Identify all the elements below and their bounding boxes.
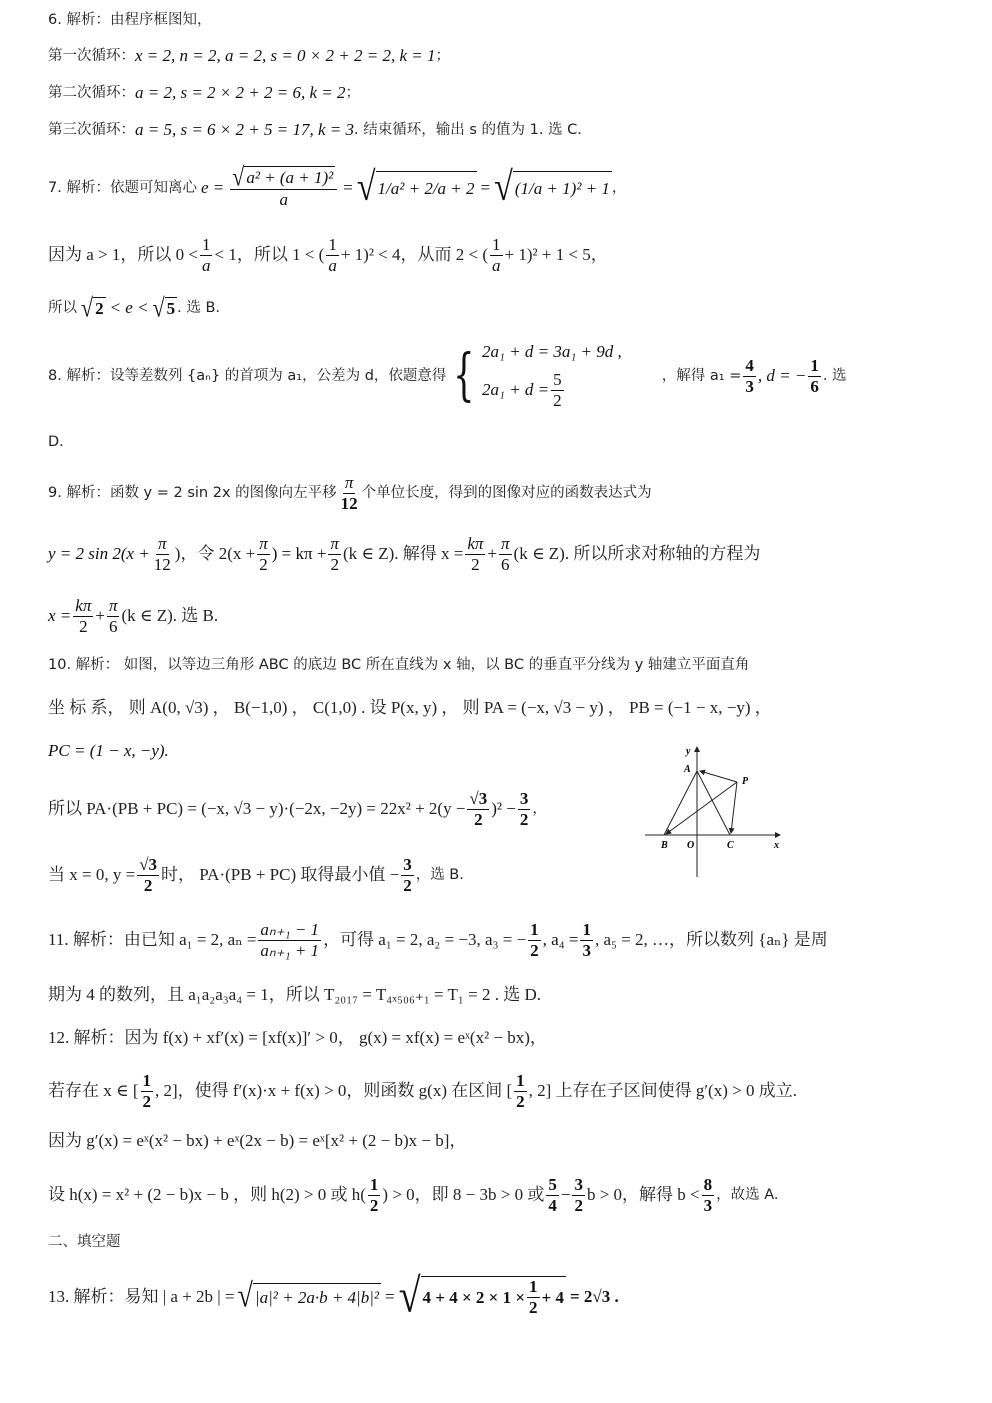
q11-line1-b: ，可得 a₁ = 2, a₂ = −3, a₃ = − — [323, 930, 526, 950]
q12-frac-3-2: 32 — [572, 1175, 585, 1215]
q7-eq1: = — [343, 178, 353, 198]
q10-line3: PC = (1 − x, −y). — [48, 741, 169, 761]
q7-sqrt3: √(1/a + 1)² + 1 — [494, 171, 612, 205]
q9-line3-c: (k ∈ Z). 选 B. — [121, 606, 218, 626]
q8-eq2-frac: 52 — [551, 370, 564, 410]
q9-frac-kpi-2: kπ2 — [465, 534, 485, 574]
q12-line3-text: 因为 g′(x) = eˣ(x² − bx) + eˣ(2x − b) = eˣ… — [48, 1131, 466, 1151]
label-c: C — [727, 840, 734, 851]
label-y: y — [685, 746, 691, 757]
q9-line2: y = 2 sin 2(x + π12 )，令 2(x + π2 ) = kπ … — [48, 530, 760, 578]
q10-frac-sqrt3-2: √32 — [467, 789, 489, 829]
q13-result: = 2√3 . — [570, 1287, 619, 1307]
q10-line4-b: )² − — [491, 799, 516, 819]
q9-shift-frac: π12 — [339, 473, 360, 513]
q12-line4-c: − — [561, 1185, 571, 1205]
vector-pa — [700, 771, 737, 782]
q10-l5-frac-sqrt3-2: √32 — [137, 855, 159, 895]
q7-line2: 因为 a > 1，所以 0 < 1a < 1，所以 1 < ( 1a + 1)²… — [48, 230, 608, 280]
section2-title: 二、填空题 — [48, 1232, 121, 1252]
q7-line3: 所以 √2 < e < √5 . 选 B. — [48, 297, 220, 319]
q11-a4-frac: 13 — [580, 920, 593, 960]
q10-line4: 所以 PA·(PB + PC) = (−x, √3 − y)·(−2x, −2y… — [48, 786, 547, 832]
q6-loop2-label: 第二次循环： — [48, 83, 135, 103]
q13-eq: = — [385, 1287, 395, 1307]
segment-ab — [664, 771, 697, 835]
q12-line2-a: 若存在 x ∈ [ — [48, 1081, 139, 1101]
q8-solve: ，解得 a₁ = — [662, 366, 742, 386]
q7-line1: 7. 解析：依题可知离心 e = √a² + (a + 1)² a = √1/a… — [48, 160, 626, 216]
q12-line4-e: ，故选 A. — [716, 1185, 778, 1205]
q10-line1-text: 10. 解析： 如图，以等边三角形 ABC 的底边 BC 所在直线为 x 轴，以… — [48, 655, 749, 675]
q6-intro: 6. 解析：由程序框图知， — [48, 10, 211, 30]
q9-l3-frac-kpi-2: kπ2 — [73, 596, 93, 636]
q7-eq2: = — [481, 178, 491, 198]
q8-end: . 选 — [823, 366, 847, 386]
q10-line3-text: PC = (1 − x, −y). — [48, 741, 169, 761]
q6-loop1-end: ； — [435, 46, 450, 66]
label-a: A — [683, 764, 691, 775]
q8-system: 2a₁ + d = 3a₁ + 9d , 2a₁ + d = 52 — [482, 342, 622, 410]
q6-loop3-end: . 结束循环，输出 s 的值为 1. 选 C. — [354, 120, 582, 140]
q9-line2-a: y = 2 sin 2(x + — [48, 544, 150, 564]
q7-e-eq: e = — [201, 178, 224, 198]
q8-line1: 8. 解析：设等差数列 {aₙ} 的首项为 a₁，公差为 d，依题意得 { 2a… — [48, 337, 847, 415]
q9-l3-frac-pi-6: π6 — [107, 596, 120, 636]
q9-line3-b: + — [95, 606, 105, 626]
section-heading: 二、填空题 — [48, 1232, 121, 1252]
q6-loop3: 第三次循环： a = 5, s = 6 × 2 + 5 = 17, k = 3 … — [48, 120, 582, 140]
q10-l5-frac-3-2: 32 — [401, 855, 414, 895]
q12-line4: 设 h(x) = x² + (2 − b)x − b ，则 h(2) > 0 或… — [48, 1172, 779, 1218]
q10-line5-end: ，选 B. — [416, 865, 464, 885]
q8-answer: D. — [48, 432, 64, 452]
q9-frac-pi-6: π6 — [499, 534, 512, 574]
q8-eq1: 2a₁ + d = 3a₁ + 9d , — [482, 342, 622, 362]
q13-sqrt2: √4 + 4 × 2 × 1 ×12+ 4 — [399, 1276, 566, 1317]
q13-frac-half: 12 — [527, 1277, 540, 1317]
q7-frac-1a: 1a — [200, 235, 213, 275]
q9-line3: x = kπ2 + π6 (k ∈ Z). 选 B. — [48, 592, 218, 640]
q7-end: ， — [612, 178, 627, 198]
q7-line2-d: + 1)² + 1 < 5， — [505, 245, 608, 265]
label-o: O — [687, 840, 694, 851]
left-brace: { — [454, 348, 475, 404]
q9-line2-f: (k ∈ Z). 所以所求对称轴的方程为 — [514, 544, 761, 564]
q11-line1-d: , a₅ = 2, …，所以数列 {aₙ} 是周 — [595, 930, 828, 950]
q10-frac-3-2: 32 — [518, 789, 531, 829]
q10-line1: 10. 解析： 如图，以等边三角形 ABC 的底边 BC 所在直线为 x 轴，以… — [48, 655, 749, 675]
q12-frac-half-1: 12 — [141, 1071, 154, 1111]
q13-sqrt2-a: 4 + 4 × 2 × 1 × — [423, 1288, 526, 1308]
q10-line2: 坐 标 系， 则 A(0, √3) ， B(−1,0) ， C(1,0) . 设… — [48, 698, 772, 718]
q12-line1: 12. 解析：因为 f(x) + xf′(x) = [xf(x)]′ > 0， … — [48, 1028, 547, 1048]
q10-line5: 当 x = 0, y = √32 时， PA·(PB + PC) 取得最小值 −… — [48, 852, 464, 898]
vector-pc — [731, 782, 737, 833]
q6-loop2-math: a = 2, s = 2 × 2 + 2 = 6, k = 2 — [135, 83, 346, 103]
q9-line2-e: + — [487, 544, 497, 564]
q12-h-half-frac: 12 — [368, 1175, 381, 1215]
q8-eq2-lhs: 2a₁ + d = — [482, 380, 549, 400]
triangle-figure: y A P B O C x — [640, 742, 790, 882]
q12-line1-text: 12. 解析：因为 f(x) + xf′(x) = [xf(x)]′ > 0， … — [48, 1028, 547, 1048]
q8-intro: 8. 解析：设等差数列 {aₙ} 的首项为 a₁，公差为 d，依题意得 — [48, 366, 446, 386]
q11-line1-c: , a₄ = — [543, 930, 579, 950]
label-b: B — [660, 840, 668, 851]
q7-sqrt2: √1/a² + 2/a + 2 — [357, 171, 477, 205]
q7-frac-1a-3: 1a — [490, 235, 503, 275]
q7-line2-a: 因为 a > 1，所以 0 < — [48, 245, 198, 265]
q7-sqrt-2: √2 — [81, 297, 106, 319]
q11-a3-frac: 12 — [528, 920, 541, 960]
q12-frac-8-3: 83 — [702, 1175, 715, 1215]
q7-line2-c: + 1)² < 4，从而 2 < ( — [341, 245, 488, 265]
vector-pb — [666, 782, 737, 834]
q6-loop1: 第一次循环： x = 2, n = 2, a = 2, s = 0 × 2 + … — [48, 46, 450, 66]
q9-frac-pi-12: π12 — [152, 534, 173, 574]
q13-line1: 13. 解析：易知 | a + 2b | = √|a|² + 2a·b + 4|… — [48, 1272, 619, 1322]
q8-a1-frac: 43 — [743, 356, 756, 396]
q7-frac1-num: a² + (a + 1)² — [244, 166, 335, 188]
q9-frac-pi-2b: π2 — [328, 534, 341, 574]
q9-line1: 9. 解析：函数 y = 2 sin 2x 的图像向左平移 π12 个单位长度，… — [48, 470, 652, 516]
q7-line3-end: . 选 B. — [177, 298, 220, 318]
q6-loop2-end: ； — [346, 83, 361, 103]
q9-intro: 9. 解析：函数 y = 2 sin 2x 的图像向左平移 — [48, 483, 337, 503]
q10-line5-a: 当 x = 0, y = — [48, 865, 135, 885]
q10-line2-text: 坐 标 系， 则 A(0, √3) ， B(−1,0) ， C(1,0) . 设… — [48, 698, 772, 718]
q7-frac1-den: a — [278, 190, 291, 210]
q9-line3-a: x = — [48, 606, 71, 626]
q12-frac-half-2: 12 — [514, 1071, 527, 1111]
q11-line2: 期为 4 的数列，且 a₁a₂a₃a₄ = 1，所以 T₂₀₁₇ = T₄ₓ₅₀… — [48, 985, 541, 1005]
q11-line1: 11. 解析：由已知 a₁ = 2, aₙ = aₙ₊₁ − 1aₙ₊₁ + 1… — [48, 915, 828, 965]
q7-intro: 7. 解析：依题可知离心 — [48, 178, 197, 198]
q7-fraction: √a² + (a + 1)² a — [230, 166, 337, 209]
q12-line4-a: 设 h(x) = x² + (2 − b)x − b ，则 h(2) > 0 或… — [48, 1185, 366, 1205]
q13-sqrt2-b: + 4 — [542, 1288, 564, 1308]
label-x: x — [773, 840, 779, 851]
q7-line3-a: 所以 — [48, 298, 77, 318]
q12-line3: 因为 g′(x) = eˣ(x² − bx) + eˣ(2x − b) = eˣ… — [48, 1131, 466, 1151]
q11-recurrence-frac: aₙ₊₁ − 1aₙ₊₁ + 1 — [258, 920, 321, 960]
q9-line2-d: (k ∈ Z). 解得 x = — [343, 544, 463, 564]
q7-sqrt-5: √5 — [153, 297, 178, 319]
q12-frac-5-4: 54 — [546, 1175, 559, 1215]
q12-line2-b: , 2]，使得 f′(x)·x + f(x) > 0，则函数 g(x) 在区间 … — [155, 1081, 512, 1101]
q9-intro-end: 个单位长度，得到的图像对应的函数表达式为 — [362, 483, 652, 503]
q8-d-eq: , d = − — [758, 366, 806, 386]
q6-intro-text: 6. 解析：由程序框图知， — [48, 10, 211, 30]
segment-ac — [697, 771, 730, 835]
q7-frac-1a-2: 1a — [326, 235, 339, 275]
q12-line4-b: ) > 0，即 8 − 3b > 0 或 — [382, 1185, 544, 1205]
q6-loop3-math: a = 5, s = 6 × 2 + 5 = 17, k = 3 — [135, 120, 354, 140]
q12-line2: 若存在 x ∈ [ 12 , 2]，使得 f′(x)·x + f(x) > 0，… — [48, 1068, 797, 1114]
q8-line2: D. — [48, 432, 64, 452]
q9-frac-pi-2a: π2 — [257, 534, 270, 574]
q12-line2-c: , 2] 上存在子区间使得 g′(x) > 0 成立. — [529, 1081, 797, 1101]
q10-line5-b: 时， PA·(PB + PC) 取得最小值 − — [161, 865, 399, 885]
q7-line2-b: < 1，所以 1 < ( — [214, 245, 324, 265]
q6-loop1-label: 第一次循环： — [48, 46, 135, 66]
q9-line2-c: ) = kπ + — [272, 544, 327, 564]
q7-line3-mid: < e < — [110, 298, 149, 318]
label-p: P — [742, 776, 749, 787]
q11-line2-text: 期为 4 的数列，且 a₁a₂a₃a₄ = 1，所以 T₂₀₁₇ = T₄ₓ₅₀… — [48, 985, 541, 1005]
q6-loop2: 第二次循环： a = 2, s = 2 × 2 + 2 = 6, k = 2 ； — [48, 83, 360, 103]
q8-d-frac: 16 — [808, 356, 821, 396]
q11-line1-a: 11. 解析：由已知 a₁ = 2, aₙ = — [48, 930, 256, 950]
q12-line4-d: b > 0，解得 b < — [587, 1185, 700, 1205]
q13-sqrt1: √|a|² + 2a·b + 4|b|² — [238, 1283, 381, 1311]
q10-line4-end: ， — [532, 799, 547, 819]
q10-line4-a: 所以 PA·(PB + PC) = (−x, √3 − y)·(−2x, −2y… — [48, 799, 465, 819]
q6-loop3-label: 第三次循环： — [48, 120, 135, 140]
q9-line2-b: )，令 2(x + — [175, 544, 255, 564]
q13-intro: 13. 解析：易知 | a + 2b | = — [48, 1287, 235, 1307]
q6-loop1-math: x = 2, n = 2, a = 2, s = 0 × 2 + 2 = 2, … — [135, 46, 435, 66]
